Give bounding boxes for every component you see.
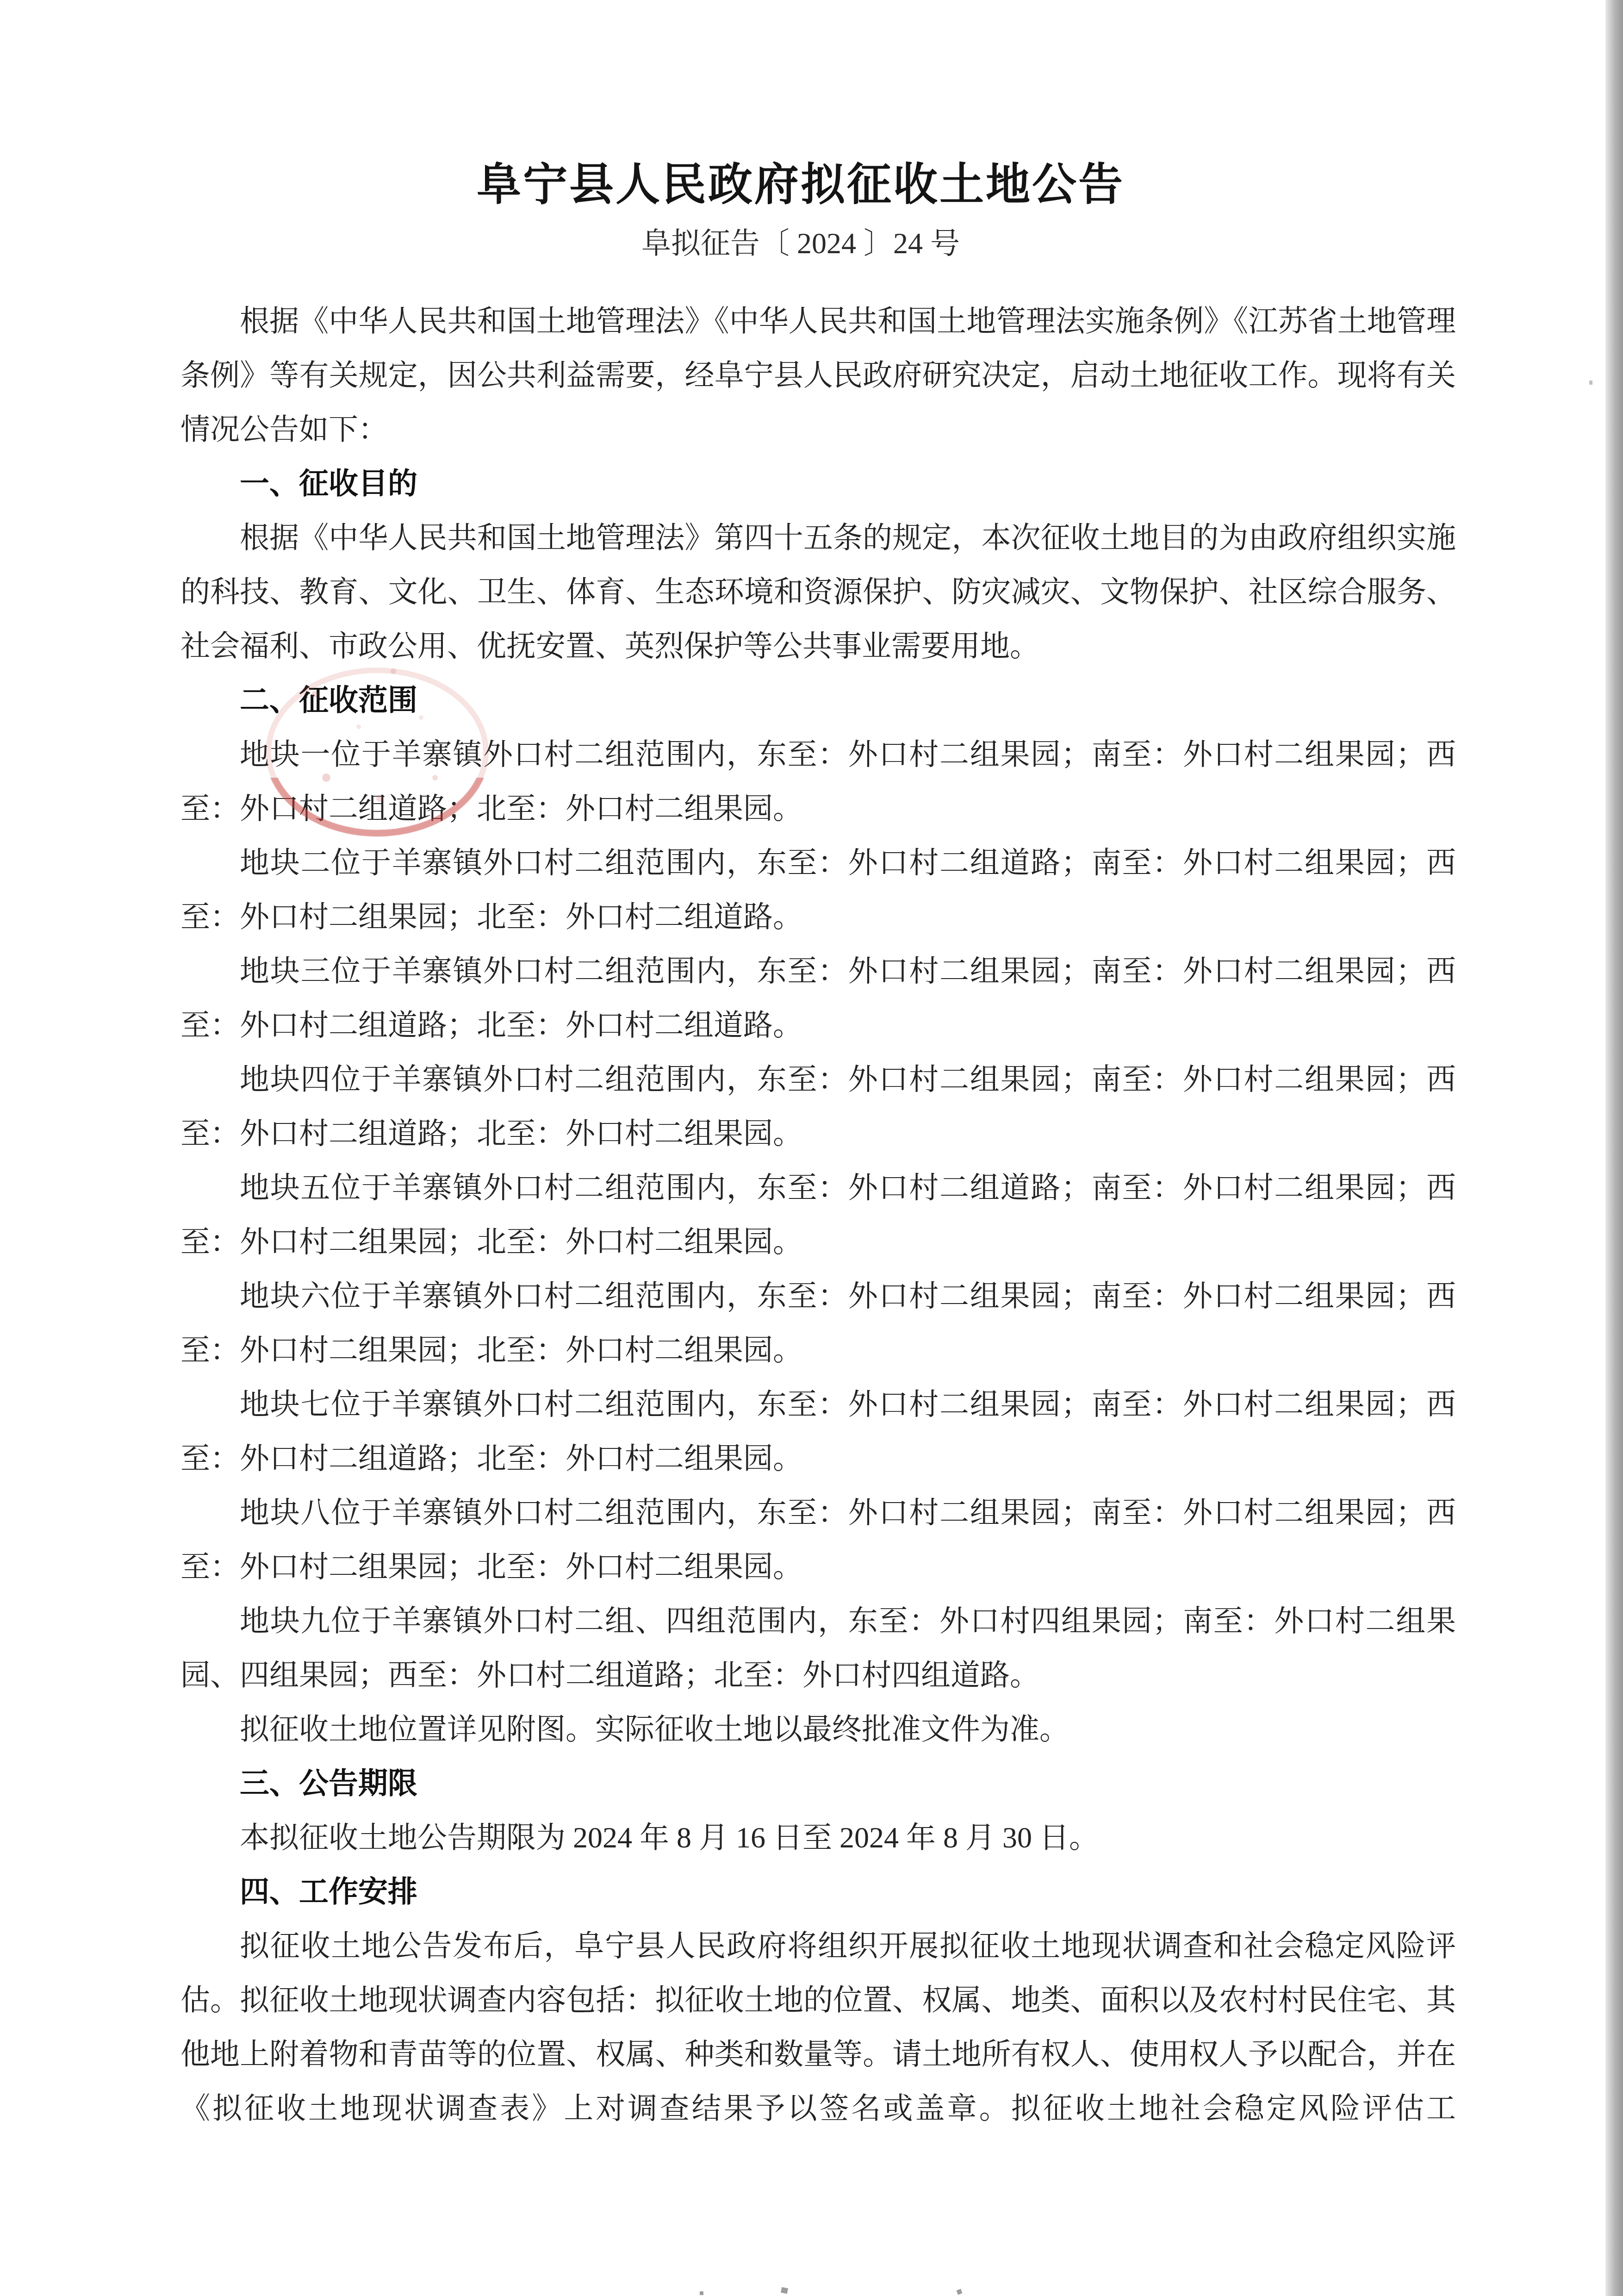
scan-speck bbox=[781, 2287, 788, 2294]
work-paragraph: 拟征收土地公告发布后，阜宁县人民政府将组织开展拟征收土地现状调查和社会稳定风险评… bbox=[180, 1919, 1456, 2135]
document-body: 根据《中华人民共和国土地管理法》《中华人民共和国土地管理法实施条例》《江苏省土地… bbox=[180, 294, 1456, 2135]
plot-paragraph-8: 地块八位于羊寨镇外口村二组范围内，东至：外口村二组果园；南至：外口村二组果园；西… bbox=[180, 1485, 1456, 1594]
scan-edge-shadow bbox=[1605, 0, 1623, 2296]
plot-paragraph-4: 地块四位于羊寨镇外口村二组范围内，东至：外口村二组果园；南至：外口村二组果园；西… bbox=[180, 1052, 1456, 1160]
section-heading-purpose: 一、征收目的 bbox=[180, 456, 1456, 511]
period-paragraph: 本拟征收土地公告期限为 2024 年 8 月 16 日至 2024 年 8 月 … bbox=[180, 1810, 1456, 1865]
document-page: 阜宁县人民政府拟征收土地公告 阜拟征告〔 2024 〕24 号 根据《中华人民共… bbox=[0, 0, 1623, 2296]
scan-speck bbox=[957, 2289, 963, 2295]
plot-paragraph-7: 地块七位于羊寨镇外口村二组范围内，东至：外口村二组果园；南至：外口村二组果园；西… bbox=[180, 1377, 1456, 1485]
plot-paragraph-9: 地块九位于羊寨镇外口村二组、四组范围内，东至：外口村四组果园；南至：外口村二组果… bbox=[180, 1594, 1456, 1702]
purpose-paragraph: 根据《中华人民共和国土地管理法》第四十五条的规定，本次征收土地目的为由政府组织实… bbox=[180, 511, 1456, 673]
plot-paragraph-5: 地块五位于羊寨镇外口村二组范围内，东至：外口村二组道路；南至：外口村二组果园；西… bbox=[180, 1160, 1456, 1269]
plot-paragraph-3: 地块三位于羊寨镇外口村二组范围内，东至：外口村二组果园；南至：外口村二组果园；西… bbox=[180, 944, 1456, 1052]
section-heading-period: 三、公告期限 bbox=[180, 1756, 1456, 1810]
section-heading-scope: 二、征收范围 bbox=[180, 673, 1456, 727]
intro-paragraph: 根据《中华人民共和国土地管理法》《中华人民共和国土地管理法实施条例》《江苏省土地… bbox=[180, 294, 1456, 456]
plot-paragraph-2: 地块二位于羊寨镇外口村二组范围内，东至：外口村二组道路；南至：外口村二组果园；西… bbox=[180, 836, 1456, 944]
page-title: 阜宁县人民政府拟征收土地公告 bbox=[0, 149, 1601, 212]
scan-speck bbox=[1589, 381, 1592, 385]
map-note-paragraph: 拟征收土地位置详见附图。实际征收土地以最终批准文件为准。 bbox=[180, 1702, 1456, 1756]
plot-paragraph-1: 地块一位于羊寨镇外口村二组范围内，东至：外口村二组果园；南至：外口村二组果园；西… bbox=[180, 727, 1456, 836]
plot-paragraph-6: 地块六位于羊寨镇外口村二组范围内，东至：外口村二组果园；南至：外口村二组果园；西… bbox=[180, 1269, 1456, 1377]
document-number: 阜拟征告〔 2024 〕24 号 bbox=[0, 219, 1601, 262]
scan-speck bbox=[700, 2291, 703, 2295]
section-heading-work: 四、工作安排 bbox=[180, 1865, 1456, 1919]
